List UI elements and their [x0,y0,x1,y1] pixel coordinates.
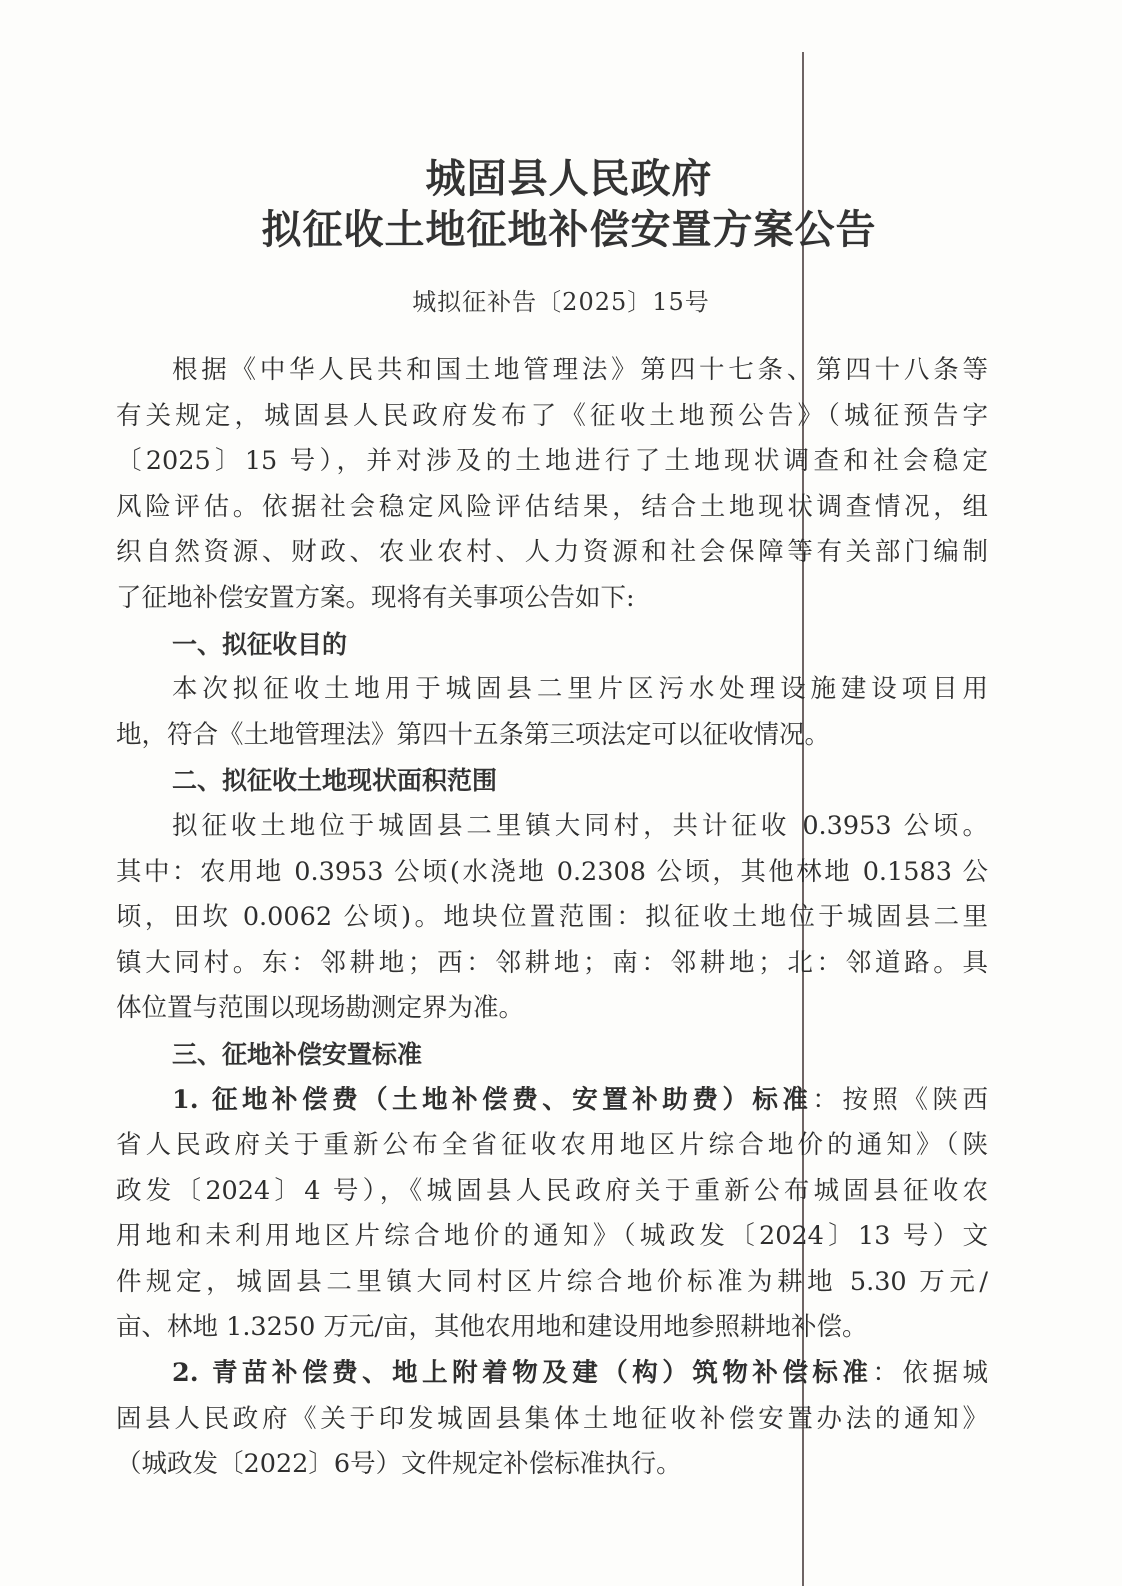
document-number: 城拟征补告〔2025〕15号 [0,282,1122,317]
text-line: 根据《中华人民共和国土地管理法》第四十七条、第四十八条等 [116,348,988,394]
text-line: 拟征收土地位于城固县二里镇大同村，共计征收 0.3953 公顷。 [116,804,988,850]
text-line: 件规定，城固县二里镇大同村区片综合地价标准为耕地 5.30 万元/ [116,1260,988,1306]
item-1-text: ：按照《陕西 [812,1085,988,1115]
text-line: 镇大同村。东：邻耕地；西：邻耕地；南：邻耕地；北：邻道路。具 [116,941,988,987]
text-line: 用地和未利用地区片综合地价的通知》（城政发〔2024〕13 号）文 [116,1214,988,1260]
text-line: 省人民政府关于重新公布全省征收农用地区片综合地价的通知》（陕 [116,1123,988,1169]
item-2-first-line: 2. 青苗补偿费、地上附着物及建（构）筑物补偿标准：依据城 [116,1351,988,1397]
text-line: 了征地补偿安置方案。现将有关事项公告如下: [116,576,988,622]
text-line: 体位置与范围以现场勘测定界为准。 [116,986,988,1032]
item-1-first-line: 1. 征地补偿费（土地补偿费、安置补助费）标准：按照《陕西 [116,1078,988,1124]
item-1-label: 1. 征地补偿费（土地补偿费、安置补助费）标准 [172,1085,812,1115]
item-2-text: ：依据城 [872,1358,988,1388]
text-line: 地，符合《土地管理法》第四十五条第三项法定可以征收情况。 [116,713,988,759]
item-2-label: 2. 青苗补偿费、地上附着物及建（构）筑物补偿标准 [172,1358,872,1388]
text-line: 风险评估。依据社会稳定风险评估结果，结合土地现状调查情况，组 [116,485,988,531]
document-title-line-2: 拟征收土地征地补偿安置方案公告 [0,198,1122,255]
text-line: 有关规定，城固县人民政府发布了《征收土地预公告》（城征预告字 [116,394,988,440]
document-title-line-1: 城固县人民政府 [0,147,1122,204]
text-line: 〔2025〕15 号），并对涉及的土地进行了土地现状调查和社会稳定 [116,439,988,485]
section-heading-purpose: 一、拟征收目的 [116,622,988,668]
text-line: 亩、林地 1.3250 万元/亩，其他农用地和建设用地参照耕地补偿。 [116,1305,988,1351]
text-line: 本次拟征收土地用于城固县二里片区污水处理设施建设项目用 [116,667,988,713]
text-line: 固县人民政府《关于印发城固县集体土地征收补偿安置办法的通知》 [116,1397,988,1443]
section-heading-land-area: 二、拟征收土地现状面积范围 [116,758,988,804]
section-heading-compensation-standard: 三、征地补偿安置标准 [116,1032,988,1078]
text-line: 政发〔2024〕4 号），《城固县人民政府关于重新公布城固县征收农 [116,1169,988,1215]
text-line: （城政发〔2022〕6号）文件规定补偿标准执行。 [116,1442,988,1488]
intro-paragraph: 根据《中华人民共和国土地管理法》第四十七条、第四十八条等 有关规定，城固县人民政… [116,348,988,1488]
text-line: 织自然资源、财政、农业农村、人力资源和社会保障等有关部门编制 [116,530,988,576]
text-line: 其中：农用地 0.3953 公顷(水浇地 0.2308 公顷，其他林地 0.15… [116,850,988,896]
text-line: 顷，田坎 0.0062 公顷)。地块位置范围：拟征收土地位于城固县二里 [116,895,988,941]
